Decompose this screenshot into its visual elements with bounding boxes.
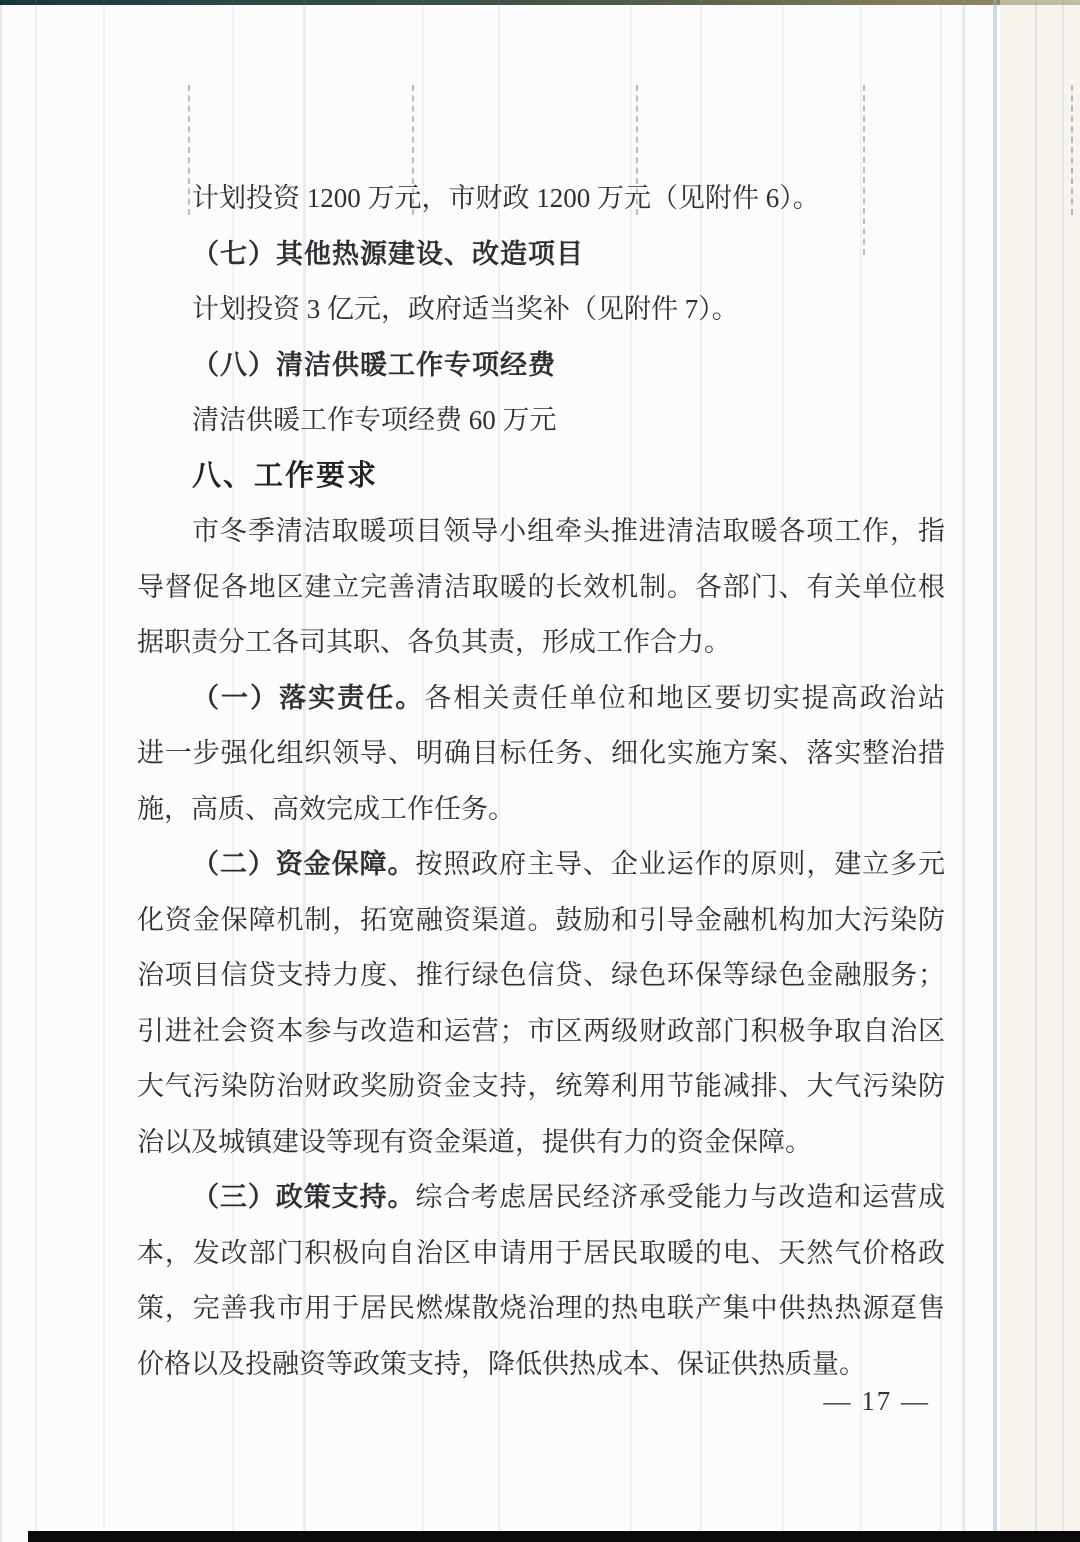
body-line: 计划投资 3 亿元，政府适当奖补（见附件 7）。 — [137, 282, 945, 338]
body-line: （一）落实责任。各相关责任单位和地区要切实提高政治站位， — [137, 671, 945, 727]
page-fold-line — [993, 0, 997, 1542]
scan-artifact-line — [35, 0, 37, 1542]
body-text: 按照政府主导、企业运作的原则，建立多元 — [415, 849, 945, 879]
body-line: 计划投资 1200 万元，市财政 1200 万元（见附件 6）。 — [137, 171, 945, 227]
body-line: 据职责分工各司其职、各负其责，形成工作合力。 — [137, 615, 945, 671]
body-line: 进一步强化组织领导、明确目标任务、细化实施方案、落实整治措 — [137, 726, 945, 782]
document-body: 计划投资 1200 万元，市财政 1200 万元（见附件 6）。 （七）其他热源… — [137, 171, 945, 1392]
subsection-heading: （七）其他热源建设、改造项目 — [137, 227, 945, 283]
body-line: 市冬季清洁取暖项目领导小组牵头推进清洁取暖各项工作，指 — [137, 504, 945, 560]
scan-left-edge — [0, 0, 2, 1542]
body-line: 化资金保障机制，拓宽融资渠道。鼓励和引导金融机构加大污染防 — [137, 893, 945, 949]
body-line: （三）政策支持。综合考虑居民经济承受能力与改造和运营成 — [137, 1170, 945, 1226]
page-number: — 17 — — [824, 1386, 931, 1417]
body-line: 治项目信贷支持力度、推行绿色信贷、绿色环保等绿色金融服务； — [137, 948, 945, 1004]
scanned-document-page: 计划投资 1200 万元，市财政 1200 万元（见附件 6）。 （七）其他热源… — [0, 0, 1080, 1542]
body-line: 施，高质、高效完成工作任务。 — [137, 782, 945, 838]
section-heading: 八、工作要求 — [137, 449, 945, 505]
body-line: 本，发改部门积极向自治区申请用于居民取暖的电、天然气价格政 — [137, 1226, 945, 1282]
subsection-heading: （八）清洁供暖工作专项经费 — [137, 338, 945, 394]
body-line: 治以及城镇建设等现有资金渠道，提供有力的资金保障。 — [137, 1115, 945, 1171]
body-line: 价格以及投融资等政策支持，降低供热成本、保证供热质量。 — [137, 1337, 945, 1393]
scan-registration-mark — [1071, 85, 1073, 215]
body-line: 引进社会资本参与改造和运营；市区两级财政部门积极争取自治区 — [137, 1004, 945, 1060]
body-line: 导督促各地区建立完善清洁取暖的长效机制。各部门、有关单位根 — [137, 560, 945, 616]
scan-right-tint — [1000, 0, 1080, 1542]
body-line: 大气污染防治财政奖励资金支持，统筹利用节能减排、大气污染防 — [137, 1059, 945, 1115]
scan-artifact-line — [962, 0, 965, 1542]
scan-bottom-bar — [28, 1531, 1080, 1542]
body-text: 综合考虑居民经济承受能力与改造和运营成 — [415, 1182, 945, 1212]
paragraph-lead: （二）资金保障。 — [192, 849, 415, 879]
scan-top-edge — [0, 0, 1080, 5]
body-line: 清洁供暖工作专项经费 60 万元 — [137, 393, 945, 449]
scan-artifact-line — [1035, 0, 1037, 1542]
body-line: 策，完善我市用于居民燃煤散烧治理的热电联产集中供热热源趸售 — [137, 1281, 945, 1337]
paragraph-lead: （一）落实责任。 — [192, 683, 424, 713]
scan-artifact-line — [1062, 0, 1064, 1542]
body-line: （二）资金保障。按照政府主导、企业运作的原则，建立多元 — [137, 837, 945, 893]
scan-artifact-line — [103, 0, 105, 1542]
paragraph-lead: （三）政策支持。 — [192, 1182, 415, 1212]
